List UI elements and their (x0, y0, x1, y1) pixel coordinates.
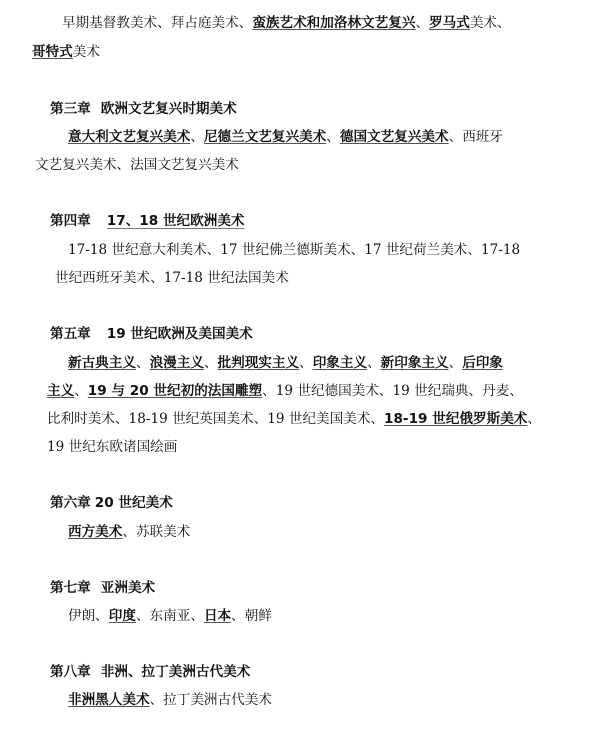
topic-text: 、 (449, 355, 463, 371)
topic-text: 、拉丁美洲古代美术 (150, 692, 272, 708)
chapter-heading: 第六章20 世纪美术 (50, 494, 173, 512)
topic-text: 、苏联美术 (122, 524, 190, 540)
text-line: 西方美术、苏联美术 (68, 523, 190, 541)
text-line: 新古典主义、浪漫主义、批判现实主义、印象主义、新印象主义、后印象 (68, 354, 503, 372)
chapter-label: 第七章 (50, 580, 91, 596)
chapter-label: 第六章 (50, 495, 91, 511)
key-topic: 德国文艺复兴美术 (340, 129, 449, 145)
topic-text: 文艺复兴美术、法国文艺复兴美术 (35, 157, 239, 173)
topic-text: 世纪西班牙美术、17-18 世纪法国美术 (55, 270, 289, 286)
topic-text: 、 (299, 355, 313, 371)
key-topic: 意大利文艺复兴美术 (68, 129, 190, 145)
key-topic: 哥特式 (32, 44, 73, 60)
key-topic: 新印象主义 (381, 355, 449, 371)
text-line: 意大利文艺复兴美术、尼德兰文艺复兴美术、德国文艺复兴美术、西班牙 (68, 128, 503, 146)
chapter-label: 第五章 (50, 326, 91, 342)
topic-text: 、 (74, 383, 88, 399)
chapter-heading: 第八章非洲、拉丁美洲古代美术 (50, 663, 250, 681)
key-topic: 主义 (47, 383, 74, 399)
key-topic: 批判现实主义 (218, 355, 300, 371)
chapter-title: 17、18 世纪欧洲美术 (107, 213, 251, 229)
key-topic: 新古典主义 (68, 355, 136, 371)
text-line: 主义、19 与 20 世纪初的法国雕塑、19 世纪德国美术、19 世纪瑞典、丹麦… (47, 382, 523, 400)
topic-text: 、 (367, 355, 381, 371)
key-topic: 非洲黑人美术 (68, 692, 150, 708)
text-line: 19 世纪东欧诸国绘画 (47, 438, 177, 456)
chapter-heading: 第七章亚洲美术 (50, 579, 155, 597)
key-topic: 蛮族艺术和加洛林文艺复兴 (252, 15, 415, 31)
topic-text: 比利时美术、18-19 世纪英国美术、19 世纪美国美术、 (47, 411, 384, 427)
chapter-heading: 第四章17、18 世纪欧洲美术 (50, 212, 251, 230)
chapter-title: 非洲、拉丁美洲古代美术 (101, 664, 251, 680)
key-topic: 18-19 世纪俄罗斯美术 (384, 411, 527, 427)
topic-text: 美术 (73, 44, 100, 60)
text-line: 非洲黑人美术、拉丁美洲古代美术 (68, 691, 272, 709)
text-line: 哥特式美术 (32, 43, 100, 61)
key-topic: 浪漫主义 (150, 355, 204, 371)
key-topic: 罗马式 (429, 15, 470, 31)
key-topic: 印象主义 (313, 355, 367, 371)
key-topic: 后印象 (462, 355, 503, 371)
chapter-label: 第八章 (50, 664, 91, 680)
text-line: 文艺复兴美术、法国文艺复兴美术 (35, 156, 239, 174)
text-line: 早期基督教美术、拜占庭美术、蛮族艺术和加洛林文艺复兴、罗马式美术、 (62, 14, 511, 32)
topic-text: 、朝鲜 (231, 608, 272, 624)
chapter-heading: 第五章19 世纪欧洲及美国美术 (50, 325, 253, 343)
key-topic: 尼德兰文艺复兴美术 (204, 129, 326, 145)
text-line: 比利时美术、18-19 世纪英国美术、19 世纪美国美术、18-19 世纪俄罗斯… (47, 410, 541, 428)
topic-text: 、 (204, 355, 218, 371)
topic-text: 、19 世纪德国美术、19 世纪瑞典、丹麦、 (262, 383, 523, 399)
topic-text: 、东南亚、 (136, 608, 204, 624)
chapter-title: 19 世纪欧洲及美国美术 (107, 326, 253, 342)
text-line: 伊朗、印度、东南亚、日本、朝鲜 (68, 607, 272, 625)
topic-text: 、 (190, 129, 204, 145)
topic-text: 、 (415, 15, 429, 31)
topic-text: 、 (136, 355, 150, 371)
key-topic: 日本 (204, 608, 231, 624)
chapter-label: 第四章 (50, 213, 91, 229)
text-line: 17-18 世纪意大利美术、17 世纪佛兰德斯美术、17 世纪荷兰美术、17-1… (68, 241, 520, 259)
topic-text: 伊朗、 (68, 608, 109, 624)
topic-text: 、 (326, 129, 340, 145)
chapter-title: 20 世纪美术 (95, 495, 173, 511)
chapter-title: 亚洲美术 (101, 580, 155, 596)
topic-text: 、 (527, 411, 541, 427)
topic-text: 、西班牙 (449, 129, 503, 145)
key-topic: 19 与 20 世纪初的法国雕塑 (88, 383, 262, 399)
key-topic: 印度 (109, 608, 136, 624)
topic-text: 美术、 (470, 15, 511, 31)
chapter-heading: 第三章欧洲文艺复兴时期美术 (50, 100, 237, 118)
chapter-label: 第三章 (50, 101, 91, 117)
topic-text: 19 世纪东欧诸国绘画 (47, 439, 177, 455)
key-topic: 西方美术 (68, 524, 122, 540)
chapter-title: 欧洲文艺复兴时期美术 (101, 101, 237, 117)
topic-text: 早期基督教美术、拜占庭美术、 (62, 15, 252, 31)
text-line: 世纪西班牙美术、17-18 世纪法国美术 (55, 269, 289, 287)
topic-text: 17-18 世纪意大利美术、17 世纪佛兰德斯美术、17 世纪荷兰美术、17-1… (68, 242, 520, 258)
